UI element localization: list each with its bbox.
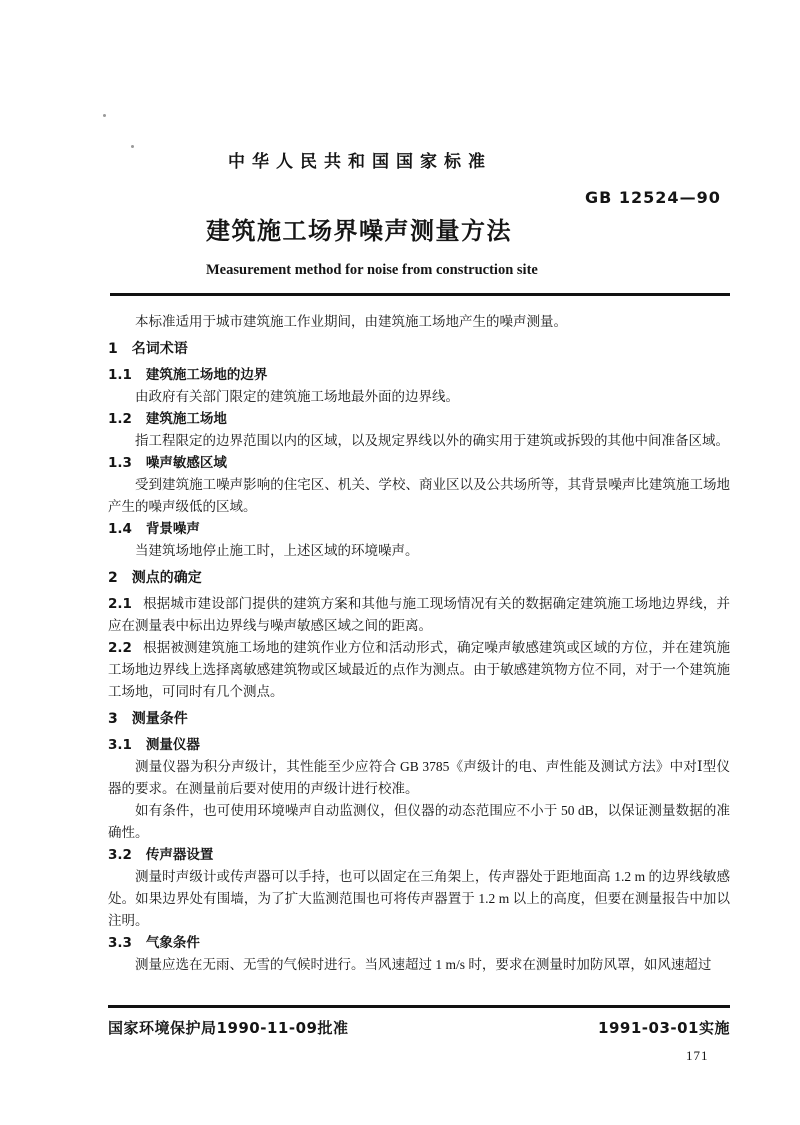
clause-title: 背景噪声: [146, 521, 200, 537]
clause-number: 1.2: [108, 411, 132, 427]
document-body: 本标准适用于城市建筑施工作业期间，由建筑施工场地产生的噪声测量。 1名词术语 1…: [108, 311, 730, 976]
scan-speck: [131, 145, 134, 148]
section-number: 2: [108, 570, 118, 586]
paragraph: 测量时声级计或传声器可以手持，也可以固定在三角架上，传声器处于距地面高 1.2 …: [108, 866, 730, 932]
intro-paragraph: 本标准适用于城市建筑施工作业期间，由建筑施工场地产生的噪声测量。: [108, 311, 730, 333]
paragraph: 受到建筑施工噪声影响的住宅区、机关、学校、商业区以及公共场所等，其背景噪声比建筑…: [108, 474, 730, 518]
document-footer: 国家环境保护局1990-11-09批准 1991-03-01实施: [108, 1005, 730, 1038]
clause-number: 1.4: [108, 521, 132, 537]
clause-heading-1-2: 1.2建筑施工场地: [108, 408, 730, 430]
section-title: 测点的确定: [132, 570, 202, 586]
clause-heading-1-3: 1.3噪声敏感区域: [108, 452, 730, 474]
clause-heading-3-3: 3.3气象条件: [108, 932, 730, 954]
clause-number: 3.3: [108, 935, 132, 951]
paragraph: 指工程限定的边界范围以内的区域，以及规定界线以外的确实用于建筑或拆毁的其他中间准…: [108, 430, 730, 452]
clause-number: 1.1: [108, 367, 132, 383]
numbered-paragraph-2-1: 2.1根据城市建设部门提供的建筑方案和其他与施工现场情况有关的数据确定建筑施工场…: [108, 593, 730, 637]
header-rule: [110, 293, 730, 296]
clause-title: 建筑施工场地: [146, 411, 227, 427]
section-number: 1: [108, 341, 118, 357]
standard-name: 中华人民共和国国家标准: [228, 147, 492, 172]
clause-title: 气象条件: [146, 935, 200, 951]
clause-number: 2.2: [108, 640, 132, 656]
clause-number: 3.2: [108, 847, 132, 863]
paragraph: 如有条件，也可使用环境噪声自动监测仪，但仪器的动态范围应不小于 50 dB，以保…: [108, 800, 730, 844]
section-heading-1: 1名词术语: [108, 338, 730, 360]
page-number: 171: [686, 1048, 709, 1064]
paragraph: 由政府有关部门限定的建筑施工场地最外面的边界线。: [108, 386, 730, 408]
scan-speck: [103, 114, 106, 117]
section-heading-2: 2测点的确定: [108, 567, 730, 589]
standard-number: GB 12524—90: [585, 188, 721, 207]
clause-title: 传声器设置: [146, 847, 214, 863]
clause-title: 噪声敏感区域: [146, 455, 227, 471]
clause-heading-1-4: 1.4背景噪声: [108, 518, 730, 540]
paragraph: 测量应选在无雨、无雪的气候时进行。当风速超过 1 m/s 时，要求在测量时加防风…: [108, 954, 730, 976]
section-title: 名词术语: [132, 341, 188, 357]
section-heading-3: 3测量条件: [108, 708, 730, 730]
clause-title: 测量仪器: [146, 737, 200, 753]
paragraph: 测量仪器为积分声级计，其性能至少应符合 GB 3785《声级计的电、声性能及测试…: [108, 756, 730, 800]
section-number: 3: [108, 711, 118, 727]
clause-text: 根据被测建筑施工场地的建筑作业方位和活动形式，确定噪声敏感建筑或区域的方位，并在…: [108, 640, 730, 699]
clause-number: 3.1: [108, 737, 132, 753]
section-title: 测量条件: [132, 711, 188, 727]
paragraph: 当建筑场地停止施工时，上述区域的环境噪声。: [108, 540, 730, 562]
clause-number: 1.3: [108, 455, 132, 471]
clause-number: 2.1: [108, 596, 132, 612]
document-title: 建筑施工场界噪声测量方法: [206, 211, 512, 246]
numbered-paragraph-2-2: 2.2根据被测建筑施工场地的建筑作业方位和活动形式，确定噪声敏感建筑或区域的方位…: [108, 637, 730, 703]
implementation-text: 1991-03-01实施: [598, 1017, 730, 1038]
approval-text: 国家环境保护局1990-11-09批准: [108, 1017, 348, 1038]
document-page: 中华人民共和国国家标准 GB 12524—90 建筑施工场界噪声测量方法 Mea…: [0, 0, 800, 1125]
clause-heading-3-2: 3.2传声器设置: [108, 844, 730, 866]
clause-text: 根据城市建设部门提供的建筑方案和其他与施工现场情况有关的数据确定建筑施工场地边界…: [108, 596, 730, 633]
clause-title: 建筑施工场地的边界: [146, 367, 268, 383]
clause-heading-1-1: 1.1建筑施工场地的边界: [108, 364, 730, 386]
clause-heading-3-1: 3.1测量仪器: [108, 734, 730, 756]
document-title-english: Measurement method for noise from constr…: [206, 262, 538, 279]
